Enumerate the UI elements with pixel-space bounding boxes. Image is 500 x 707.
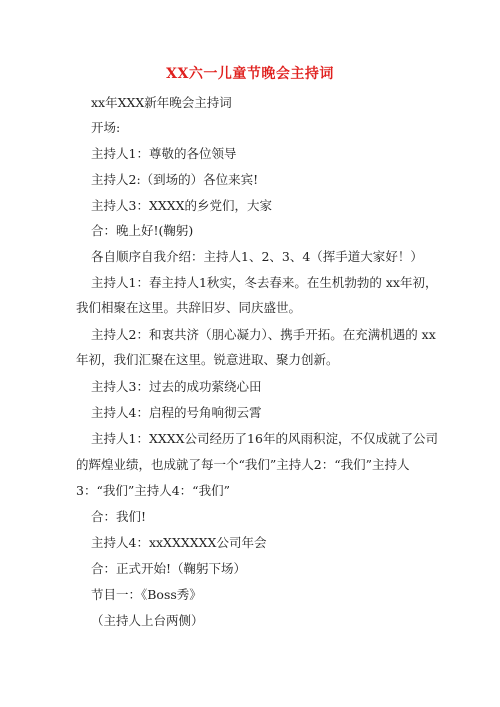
document-page: XX六一儿童节晚会主持词 xx年XXX新年晚会主持词 开场: 主持人1：尊敬的各… <box>0 0 500 707</box>
paragraph-line: 主持人1：尊敬的各位领导 <box>91 146 236 162</box>
paragraph-line: 合：晚上好!(鞠躬) <box>91 223 193 239</box>
paragraph-line: 主持人2:（到场的）各位来宾! <box>91 172 258 188</box>
paragraph-line: 节目一：《Boss秀》 <box>91 587 202 603</box>
paragraph-line: 主持人3：过去的成功萦绕心田 <box>91 379 261 395</box>
paragraph-line: 合：我们! <box>91 509 146 525</box>
paragraph-line: 年初，我们汇聚在这里。锐意进取、聚力创新。 <box>76 352 339 368</box>
paragraph-line: 主持人4：启程的号角响彻云霄 <box>91 405 261 421</box>
paragraph-line: 合：正式开始!（鞠躬下场） <box>91 561 246 577</box>
paragraph-line: 开场: <box>91 120 120 136</box>
paragraph-line: 主持人2：和衷共济（朋心凝力）、携手开拓。在充满机遇的 xx <box>91 327 436 343</box>
paragraph-line: 主持人3：XXXX的乡党们，大家 <box>91 198 272 214</box>
paragraph-line: 主持人1：XXXX公司经历了16年的风雨积淀，不仅成就了公司 <box>91 431 438 447</box>
paragraph-line: 各自顺序自我介绍：主持人1、2、3、4（挥手道大家好！） <box>91 249 423 265</box>
paragraph-line: 的辉煌业绩，也成就了每一个“我们”主持人2：“我们”主持人 <box>76 457 410 473</box>
document-title: XX六一儿童节晚会主持词 <box>0 63 500 83</box>
paragraph-line: 主持人1：春主持人1秋实，冬去春来。在生机勃勃的 xx年初， <box>91 275 437 291</box>
paragraph-line: （主持人上台两侧） <box>91 613 204 629</box>
paragraph-line: 主持人4：xxXXXXXX公司年会 <box>91 535 266 551</box>
paragraph-line: 我们相聚在这里。共辞旧岁、同庆盛世。 <box>76 300 301 316</box>
paragraph-line: xx年XXX新年晚会主持词 <box>91 95 232 111</box>
paragraph-line: 3：“我们”主持人4：“我们” <box>76 483 230 499</box>
